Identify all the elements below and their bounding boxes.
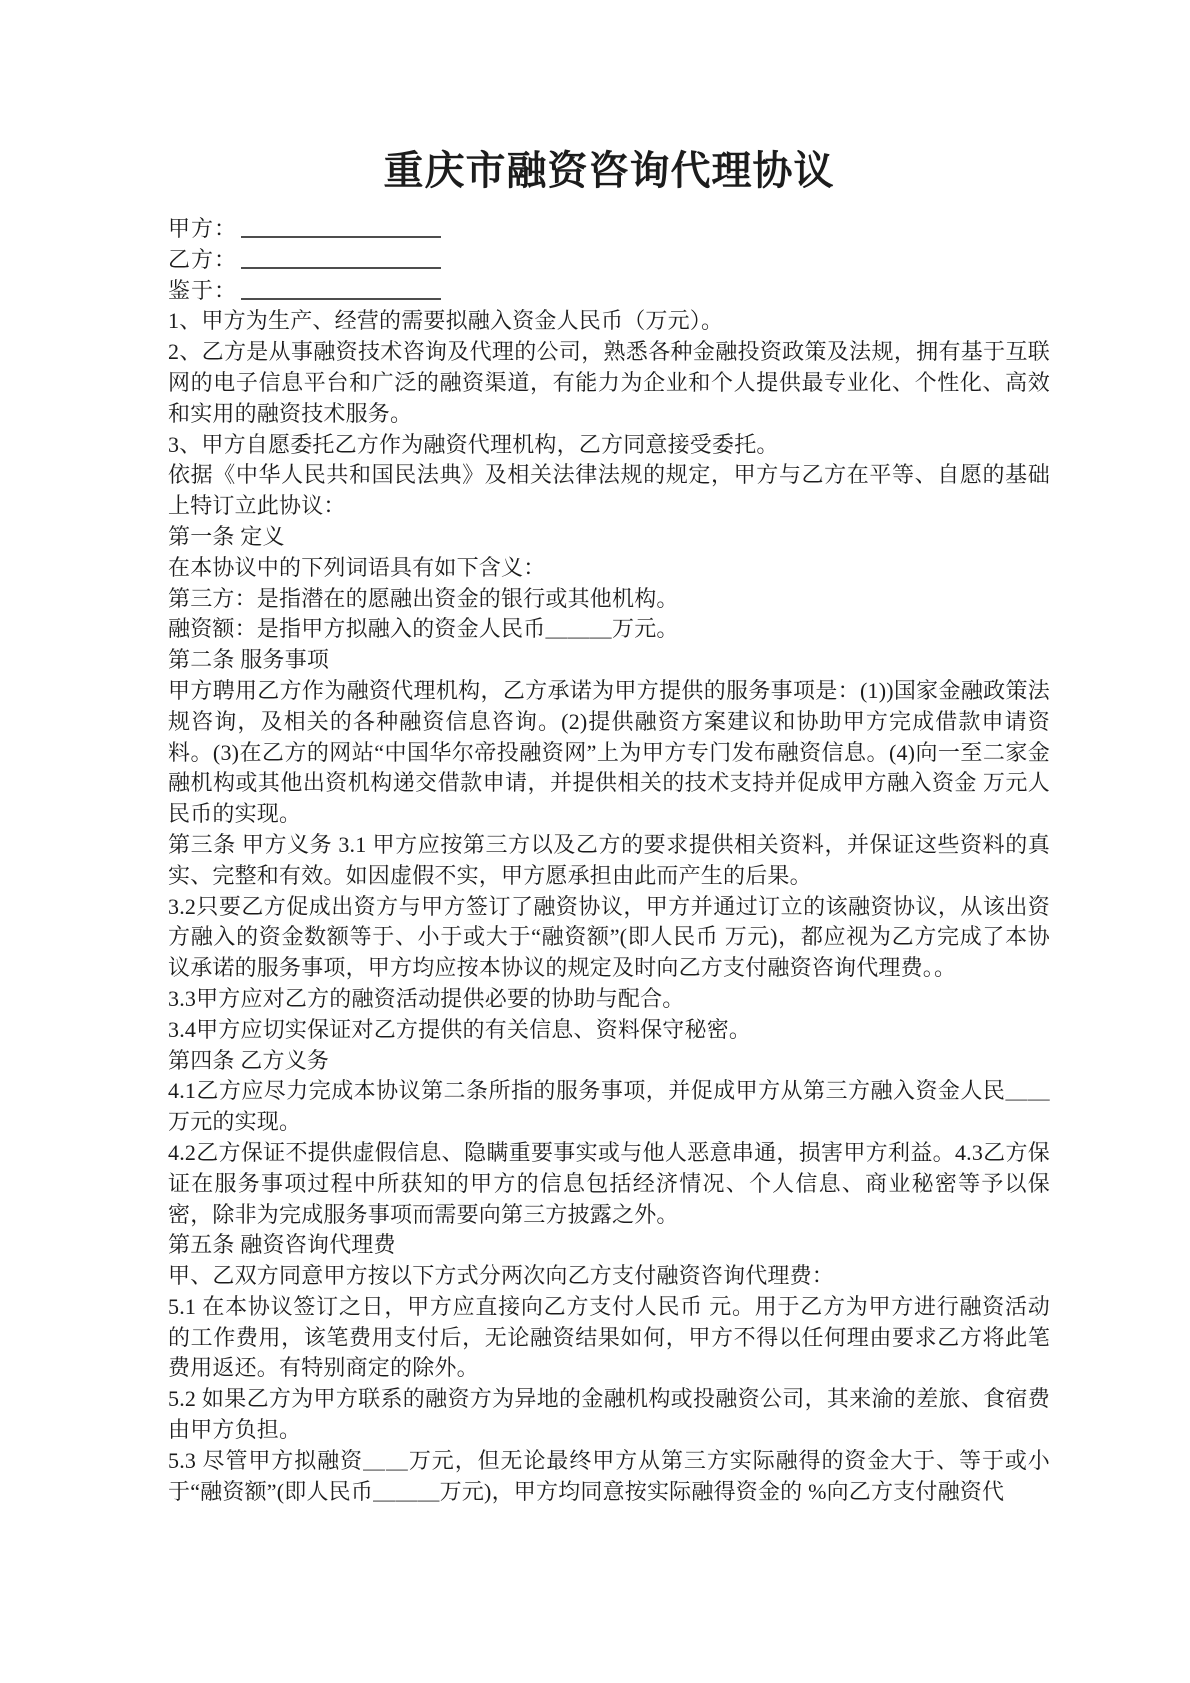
- party-b-blank-line: [241, 265, 441, 269]
- party-a-blank-line: [241, 234, 441, 238]
- recital-3: 3、甲方自愿委托乙方作为融资代理机构，乙方同意接受委托。: [168, 430, 1050, 461]
- definition-financing-amount: 融资额：是指甲方拟融入的资金人民币＿＿＿万元。: [168, 614, 1050, 645]
- clause-3-4: 3.4甲方应切实保证对乙方提供的有关信息、资料保守秘密。: [168, 1015, 1050, 1046]
- clause-1-heading: 第一条 定义: [168, 522, 1050, 553]
- clause-5-intro: 甲、乙双方同意甲方按以下方式分两次向乙方支付融资咨询代理费：: [168, 1261, 1050, 1292]
- party-a-label: 甲方：: [168, 216, 237, 241]
- document-page: 重庆市融资咨询代理协议 甲方： 乙方： 鉴于： 1、甲方为生产、经营的需要拟融入…: [0, 0, 1190, 1683]
- clause-2-body: 甲方聘用乙方作为融资代理机构，乙方承诺为甲方提供的服务事项是：(1))国家金融政…: [168, 676, 1050, 830]
- recital-2: 2、乙方是从事融资技术咨询及代理的公司，熟悉各种金融投资政策及法规，拥有基于互联…: [168, 337, 1050, 429]
- clause-3-2: 3.2只要乙方促成出资方与甲方签订了融资协议，甲方并通过订立的该融资协议，从该出…: [168, 892, 1050, 984]
- party-a-row: 甲方：: [168, 214, 1050, 245]
- party-b-row: 乙方：: [168, 245, 1050, 276]
- clause-4-1: 4.1乙方应尽力完成本协议第二条所指的服务事项，并促成甲方从第三方融入资金人民＿…: [168, 1076, 1050, 1138]
- party-b-label: 乙方：: [168, 247, 237, 272]
- clause-5-3: 5.3 尽管甲方拟融资＿＿万元，但无论最终甲方从第三方实际融得的资金大于、等于或…: [168, 1446, 1050, 1508]
- clause-5-2: 5.2 如果乙方为甲方联系的融资方为异地的金融机构或投融资公司，其来渝的差旅、食…: [168, 1384, 1050, 1446]
- clause-3-heading-and-3-1: 第三条 甲方义务 3.1 甲方应按第三方以及乙方的要求提供相关资料，并保证这些资…: [168, 830, 1050, 892]
- definition-third-party: 第三方：是指潜在的愿融出资金的银行或其他机构。: [168, 584, 1050, 615]
- clause-2-heading: 第二条 服务事项: [168, 645, 1050, 676]
- clause-3-3: 3.3甲方应对乙方的融资活动提供必要的协助与配合。: [168, 984, 1050, 1015]
- clause-5-1: 5.1 在本协议签订之日，甲方应直接向乙方支付人民币 元。用于乙方为甲方进行融资…: [168, 1292, 1050, 1384]
- document-content: 重庆市融资咨询代理协议 甲方： 乙方： 鉴于： 1、甲方为生产、经营的需要拟融入…: [0, 0, 1190, 1507]
- clause-1-intro: 在本协议中的下列词语具有如下含义：: [168, 553, 1050, 584]
- whereas-row: 鉴于：: [168, 276, 1050, 307]
- page-title: 重庆市融资咨询代理协议: [168, 144, 1050, 198]
- clause-4-heading: 第四条 乙方义务: [168, 1046, 1050, 1077]
- whereas-label: 鉴于：: [168, 278, 237, 303]
- whereas-blank-line: [241, 296, 441, 300]
- clause-4-2-and-4-3: 4.2乙方保证不提供虚假信息、隐瞒重要事实或与他人恶意串通，损害甲方利益。4.3…: [168, 1138, 1050, 1230]
- recital-1: 1、甲方为生产、经营的需要拟融入资金人民币（万元）。: [168, 306, 1050, 337]
- legal-basis: 依据《中华人民共和国民法典》及相关法律法规的规定，甲方与乙方在平等、自愿的基础上…: [168, 460, 1050, 522]
- clause-5-heading: 第五条 融资咨询代理费: [168, 1230, 1050, 1261]
